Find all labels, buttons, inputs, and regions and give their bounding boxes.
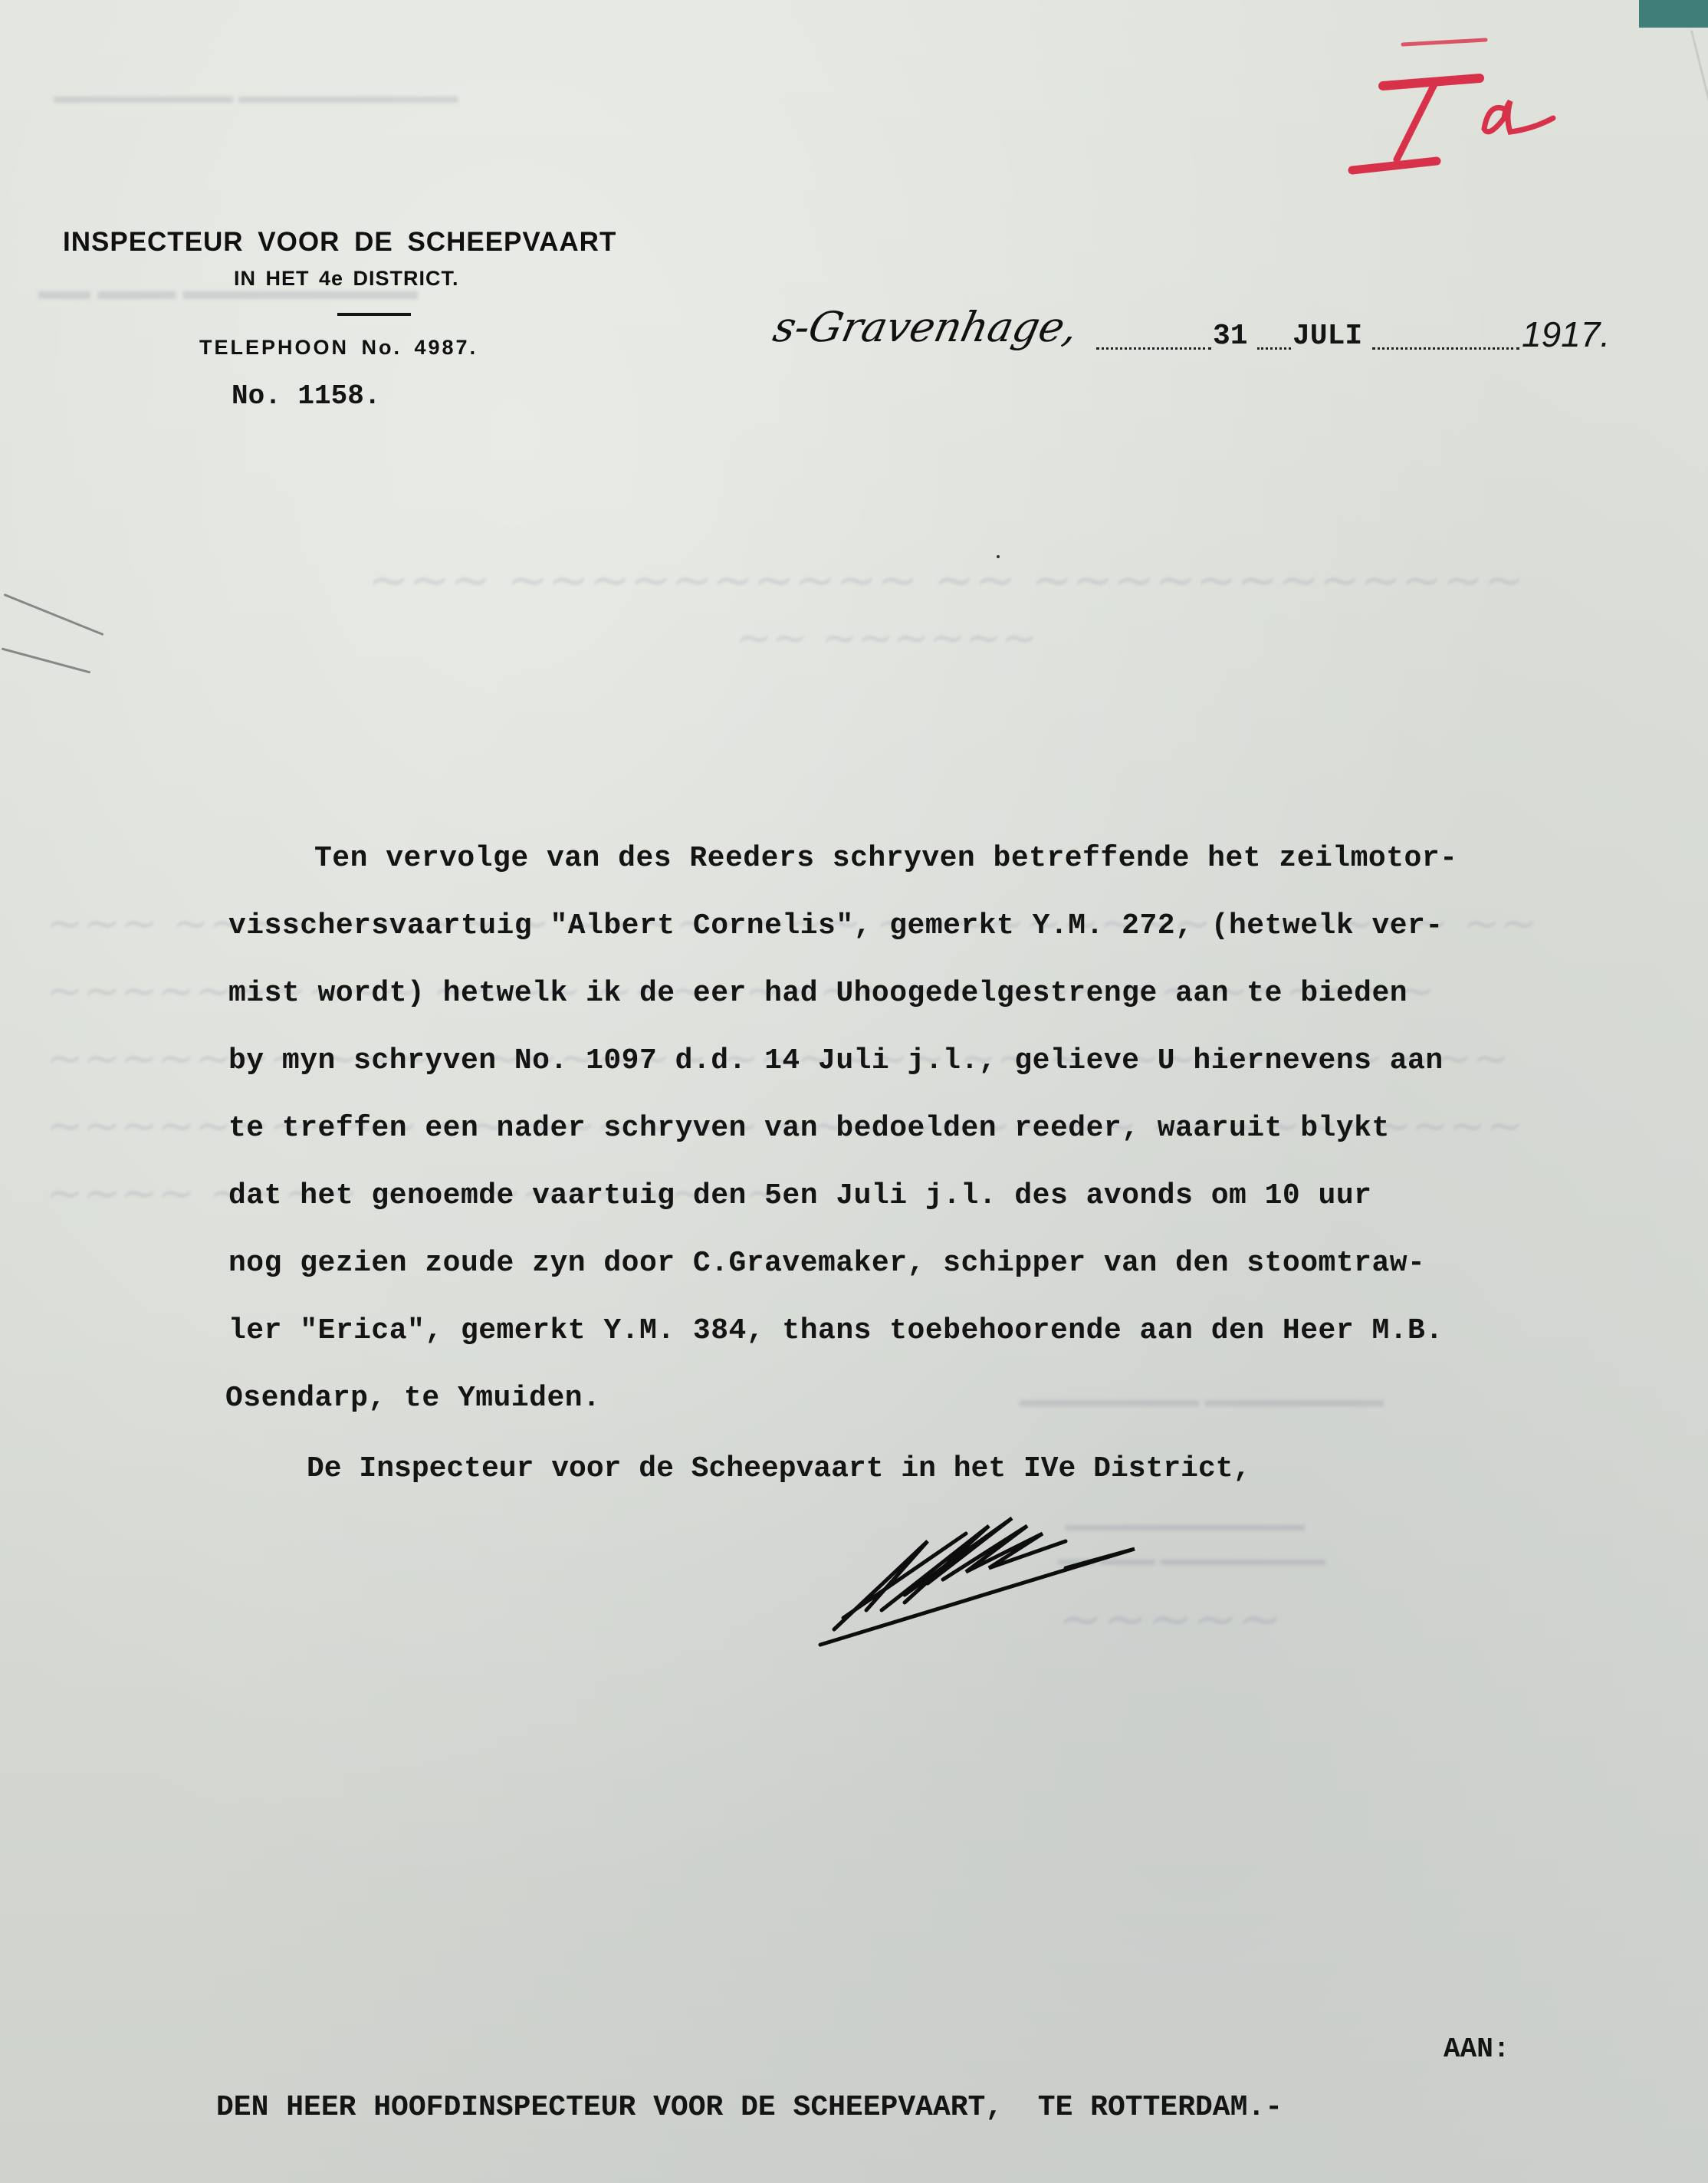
body-line: visschersvaartuig "Albert Cornelis", gem… [228, 909, 1444, 942]
letterhead-district: IN HET 4e DISTRICT. [234, 267, 459, 291]
bleed-through-text: ▬▬▬▬▬▬▬▬▬ ▬▬▬▬▬▬▬▬▬▬▬ [54, 84, 458, 108]
body-line: Ten vervolge van des Reeders schryven be… [314, 842, 1457, 875]
body-line: mist wordt) hetwelk ik de eer had Uhooge… [228, 977, 1407, 1010]
dateline-year: 1917. [1522, 314, 1610, 355]
bleed-through-text: ▬▬▬▬▬▬▬▬▬ ▬▬▬▬▬▬▬▬▬ [1020, 1388, 1384, 1412]
dateline-day: 31 [1213, 320, 1248, 353]
folder-corner [1639, 0, 1708, 28]
dateline: s-Gravenhage, 31 JULI 1917. [774, 303, 1633, 387]
body-line: ler "Erica", gemerkt Y.M. 384, thans toe… [228, 1314, 1444, 1347]
red-pencil-annotation-ia: Ia [1334, 31, 1564, 176]
body-line: nog gezien zoude zyn door C.Gravemaker, … [228, 1247, 1425, 1280]
closing-line: De Inspecteur voor de Scheepvaart in het… [307, 1452, 1250, 1485]
letterhead-title: INSPECTEUR VOOR DE SCHEEPVAART [63, 227, 616, 258]
recipient-addressee: DEN HEER HOOFDINSPECTEUR VOOR DE SCHEEPV… [216, 2091, 1283, 2124]
letterhead-divider [337, 313, 411, 316]
body-line: te treffen een nader schryven van bedoel… [228, 1112, 1390, 1145]
dateline-month: JULI [1292, 320, 1362, 353]
bleed-through-handwriting: ~~ ~~~~~~ [736, 613, 1037, 663]
reference-number: No. 1158. [232, 380, 380, 412]
ink-speck [997, 555, 1000, 558]
body-line: Osendarp, te Ymuiden. [225, 1382, 600, 1415]
handwritten-signature [813, 1495, 1165, 1649]
dateline-place: s-Gravenhage, [769, 303, 1082, 351]
bleed-through-handwriting: ~~~ ~~~~~~~~~~ ~~ ~~~~~~~~~~~~ [368, 552, 1525, 609]
dotted-fill-line [1257, 347, 1291, 350]
body-line: by myn schryven No. 1097 d.d. 14 Juli j.… [228, 1044, 1444, 1077]
dotted-fill-line [1372, 347, 1519, 350]
body-line: dat het genoemde vaartuig den 5en Juli j… [228, 1179, 1371, 1212]
recipient-label: AAN: [1444, 2033, 1509, 2065]
letterhead-telephone: TELEPHOON No. 4987. [199, 336, 478, 360]
dotted-fill-line [1096, 347, 1211, 350]
